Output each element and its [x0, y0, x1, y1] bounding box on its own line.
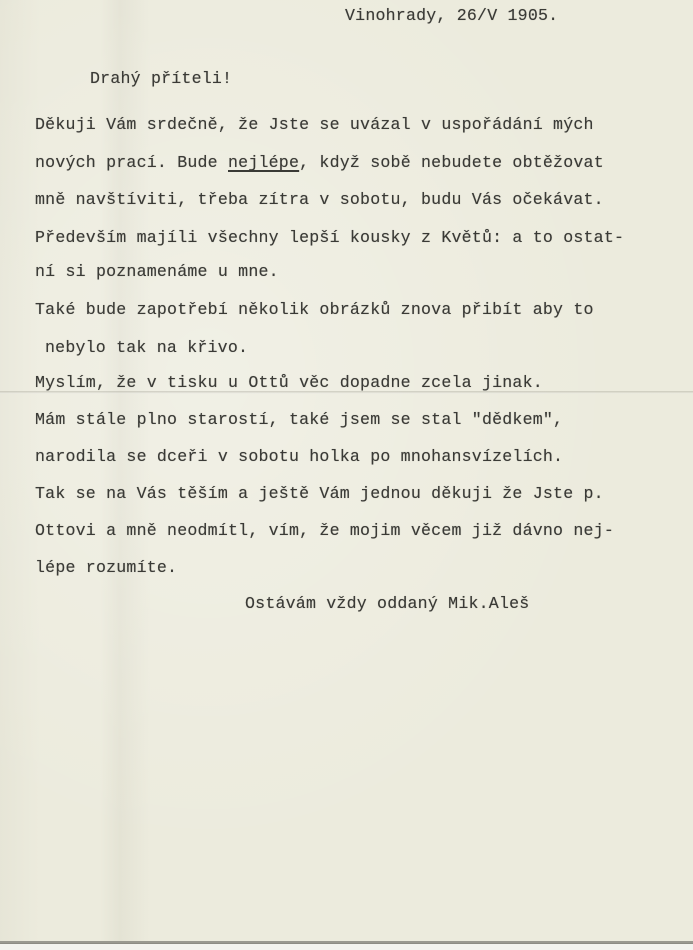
- body-line-2-end: , když sobě nebudete obtěžovat: [299, 153, 604, 172]
- body-line-10: narodila se dceři v sobotu holka po mnoh…: [35, 447, 563, 466]
- body-line-4: Především majíli všechny lepší kousky z …: [35, 228, 624, 247]
- closing-signature: Ostávám vždy oddaný Mik.Aleš: [245, 594, 529, 613]
- salutation: Drahý příteli!: [90, 69, 232, 88]
- body-line-12: Ottovi a mně neodmítl, vím, že mojim věc…: [35, 521, 614, 540]
- letter-page: Vinohrady, 26/V 1905. Drahý příteli! Děk…: [0, 0, 693, 944]
- body-line-11: Tak se na Vás těším a ještě Vám jednou d…: [35, 484, 604, 503]
- body-line-8: Myslím, že v tisku u Ottů věc dopadne zc…: [35, 373, 543, 392]
- body-line-5: ní si poznamenáme u mne.: [35, 262, 279, 281]
- body-line-6: Také bude zapotřebí několik obrázků znov…: [35, 300, 594, 319]
- body-line-2: nových prací. Bude nejlépe, když sobě ne…: [35, 153, 604, 172]
- body-line-7: nebylo tak na křivo.: [45, 338, 248, 357]
- dateline: Vinohrady, 26/V 1905.: [345, 6, 558, 25]
- underlined-word: nejlépe: [228, 153, 299, 172]
- body-line-3: mně navštíviti, třeba zítra v sobotu, bu…: [35, 190, 604, 209]
- body-line-13: lépe rozumíte.: [35, 558, 177, 577]
- body-line-2-start: nových prací. Bude: [35, 153, 228, 172]
- body-line-9: Mám stále plno starostí, také jsem se st…: [35, 410, 563, 429]
- body-line-1: Děkuji Vám srdečně, že Jste se uvázal v …: [35, 115, 594, 134]
